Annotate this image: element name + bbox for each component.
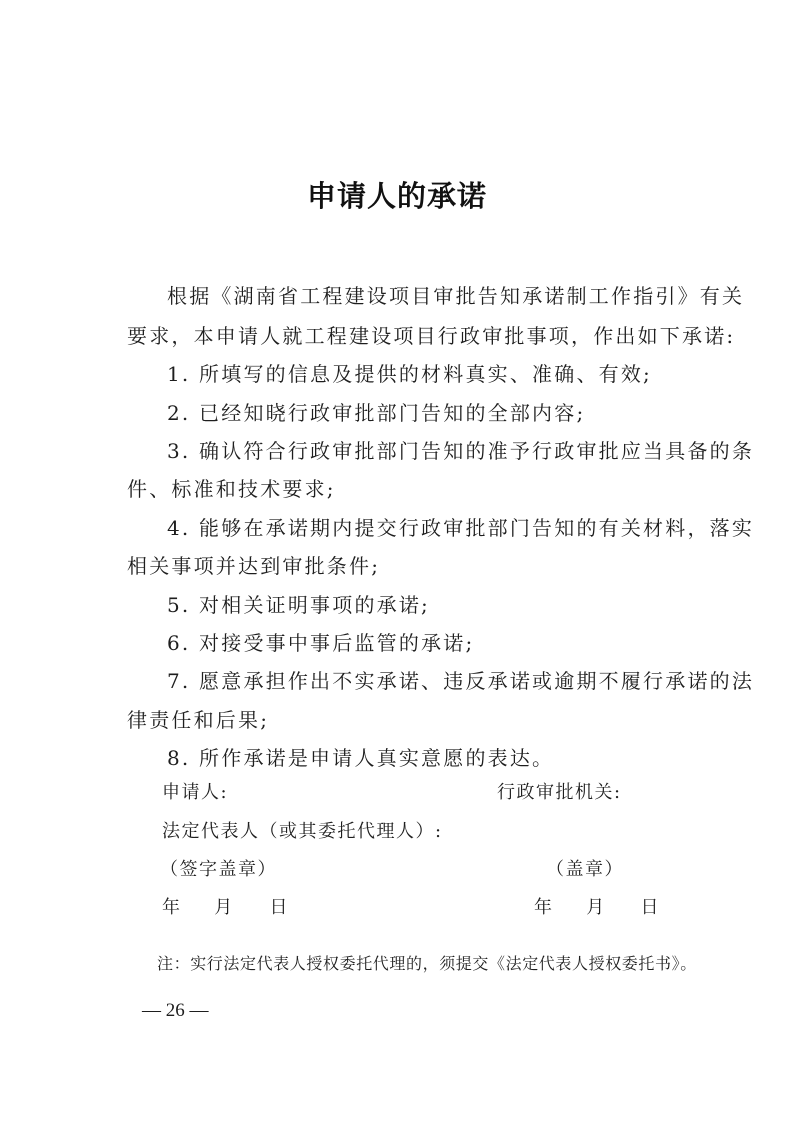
commitment-item-3-cont: 件、标准和技术要求;: [127, 473, 336, 502]
commitment-item-3: 3. 确认符合行政审批部门告知的准予行政审批应当具备的条: [167, 435, 754, 464]
authority-seal-label: （盖章）: [546, 855, 624, 881]
authority-date-month: 月: [586, 893, 633, 919]
intro-line-1: 根据《湖南省工程建设项目审批告知承诺制工作指引》有关: [167, 280, 744, 309]
commitment-item-7: 7. 愿意承担作出不实承诺、违反承诺或逾期不履行承诺的法: [167, 665, 754, 694]
applicant-date: 年 月 日: [162, 893, 289, 919]
commitment-item-8: 8. 所作承诺是申请人真实意愿的表达。: [167, 742, 554, 771]
commitment-item-6: 6. 对接受事中事后监管的承诺;: [167, 627, 474, 656]
applicant-date-month: 月: [214, 893, 262, 919]
authority-label: 行政审批机关:: [497, 778, 622, 804]
commitment-item-7-cont: 律责任和后果;: [127, 704, 269, 733]
footnote: 注：实行法定代表人授权委托代理的，须提交《法定代表人授权委托书》。: [157, 951, 697, 974]
applicant-label: 申请人:: [162, 778, 228, 804]
applicant-date-day: 日: [269, 893, 289, 919]
authority-date-day: 日: [640, 893, 660, 919]
applicant-seal-label: （签字盖章）: [160, 855, 277, 881]
commitment-item-1: 1. 所填写的信息及提供的材料真实、准确、有效;: [167, 358, 652, 387]
document-page: 申请人的承诺 根据《湖南省工程建设项目审批告知承诺制工作指引》有关 要求，本申请…: [0, 0, 794, 1122]
commitment-item-4-cont: 相关事项并达到审批条件;: [127, 550, 380, 579]
commitment-item-4: 4. 能够在承诺期内提交行政审批部门告知的有关材料，落实: [167, 512, 754, 541]
page-number: — 26 —: [142, 1000, 209, 1022]
commitment-item-5: 5. 对相关证明事项的承诺;: [167, 589, 430, 618]
authority-date: 年 月 日: [534, 893, 660, 919]
intro-line-2: 要求，本申请人就工程建设项目行政审批事项，作出如下承诺:: [127, 320, 735, 349]
applicant-date-year: 年: [162, 893, 207, 919]
document-title: 申请人的承诺: [0, 174, 794, 215]
commitment-item-2: 2. 已经知晓行政审批部门告知的全部内容;: [167, 397, 585, 426]
authority-date-year: 年: [534, 893, 579, 919]
legal-representative-label: 法定代表人（或其委托代理人）:: [162, 817, 443, 843]
